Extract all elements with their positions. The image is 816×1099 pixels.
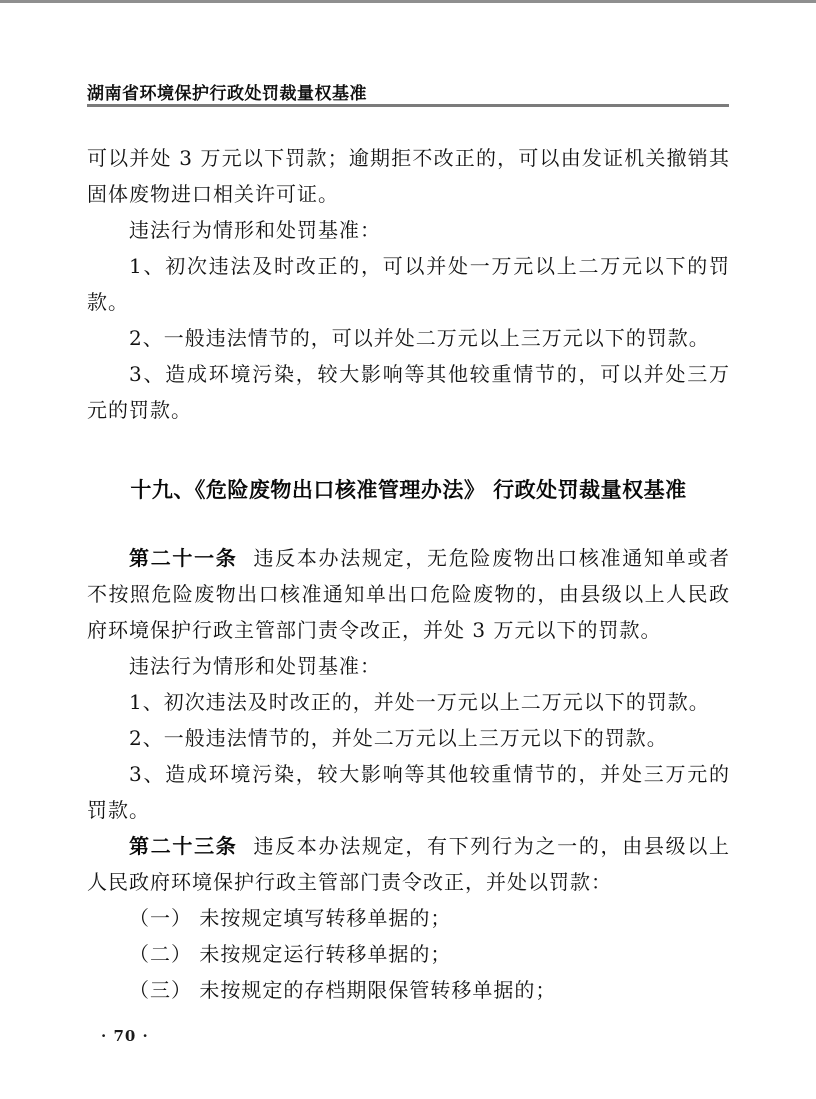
paragraph-a21-item-3: 3、造成环境污染，较大影响等其他较重情节的，并处三万元的罚款。 (87, 756, 730, 828)
paragraph-a21-item-1: 1、初次违法及时改正的，并处一万元以上二万元以下的罚款。 (87, 684, 730, 720)
top-gray-bar (0, 0, 816, 3)
paragraph-item-2: 2、一般违法情节的，可以并处二万元以上三万元以下的罚款。 (87, 320, 730, 356)
document-body: 可以并处 3 万元以下罚款；逾期拒不改正的，可以由发证机关撤销其固体废物进口相关… (87, 140, 730, 1008)
paragraph-a23-subitem-2: （二） 未按规定运行转移单据的； (87, 936, 730, 972)
section-heading-19: 十九、《危险废物出口核准管理办法》 行政处罚裁量权基准 (87, 472, 730, 508)
paragraph-item-3: 3、造成环境污染，较大影响等其他较重情节的，可以并处三万元的罚款。 (87, 356, 730, 428)
paragraph-a23-subitem-3: （三） 未按规定的存档期限保管转移单据的； (87, 972, 730, 1008)
paragraph-penalty-basis-label-2: 违法行为情形和处罚基准： (87, 648, 730, 684)
paragraph-a23-subitem-1: （一） 未按规定填写转移单据的； (87, 900, 730, 936)
article-23-label: 第二十三条 (129, 834, 237, 858)
paragraph-penalty-basis-label: 违法行为情形和处罚基准： (87, 212, 730, 248)
paragraph-a21-item-2: 2、一般违法情节的，并处二万元以上三万元以下的罚款。 (87, 720, 730, 756)
paragraph-article-23: 第二十三条违反本办法规定，有下列行为之一的，由县级以上人民政府环境保护行政主管部… (87, 828, 730, 900)
header-rule (87, 104, 729, 107)
paragraph-item-1: 1、初次违法及时改正的，可以并处一万元以上二万元以下的罚款。 (87, 248, 730, 320)
document-page: 湖南省环境保护行政处罚裁量权基准 可以并处 3 万元以下罚款；逾期拒不改正的，可… (0, 0, 816, 1099)
running-header-title: 湖南省环境保护行政处罚裁量权基准 (87, 79, 729, 104)
paragraph-article-21: 第二十一条违反本办法规定，无危险废物出口核准通知单或者不按照危险废物出口核准通知… (87, 540, 730, 648)
page-number: · 70 · (101, 1027, 149, 1045)
article-21-label: 第二十一条 (129, 546, 237, 570)
paragraph-continuation: 可以并处 3 万元以下罚款；逾期拒不改正的，可以由发证机关撤销其固体废物进口相关… (87, 140, 730, 212)
